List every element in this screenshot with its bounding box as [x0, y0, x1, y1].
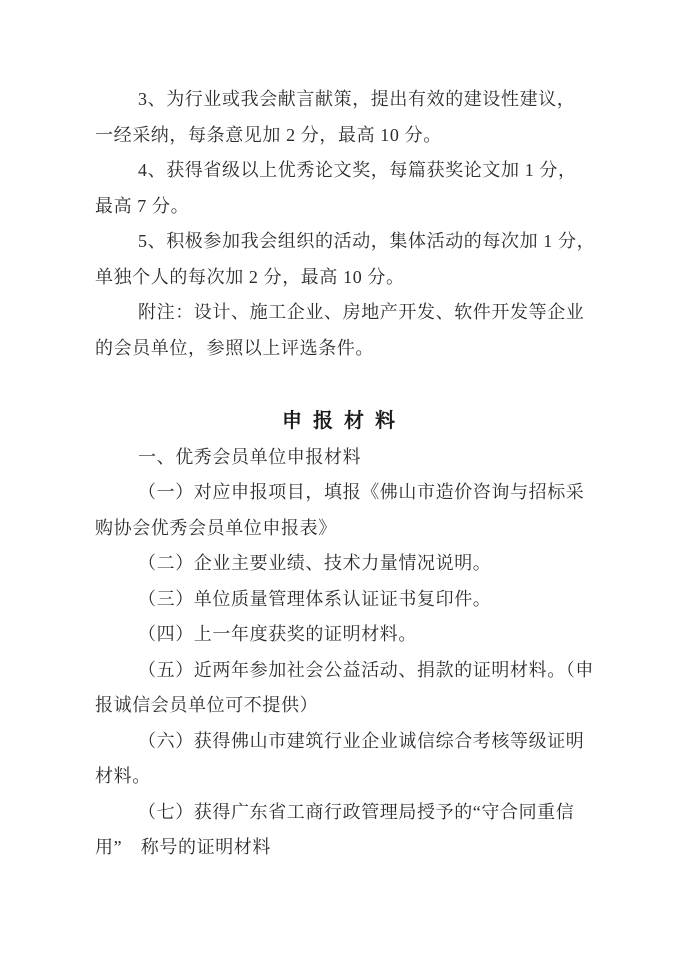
scoring-line-4-cont: 最高 7 分。 [95, 189, 585, 225]
materials-item-1: 一、优秀会员单位申报材料 [95, 440, 585, 476]
materials-item-1-5: （五）近两年参加社会公益活动、捐款的证明材料。（申 [95, 653, 585, 689]
materials-item-1-3: （三）单位质量管理体系认证证书复印件。 [95, 582, 585, 618]
scoring-note-cont: 的会员单位，参照以上评选条件。 [95, 331, 585, 367]
materials-item-1-1-cont: 购协会优秀会员单位申报表》 [95, 511, 585, 547]
materials-item-1-7: （七）获得广东省工商行政管理局授予的“守合同重信 [95, 795, 585, 831]
document-body: 3、为行业或我会献言献策，提出有效的建设性建议， 一经采纳，每条意见加 2 分，… [0, 0, 680, 866]
materials-item-1-1: （一）对应申报项目，填报《佛山市造价咨询与招标采 [95, 475, 585, 511]
materials-item-1-7-cont: 用” 称号的证明材料 [95, 830, 585, 866]
materials-item-1-6-cont: 材料。 [95, 759, 585, 795]
materials-item-1-6: （六）获得佛山市建筑行业企业诚信综合考核等级证明 [95, 724, 585, 760]
section-heading: 申 报 材 料 [95, 404, 585, 440]
materials-item-1-4: （四）上一年度获奖的证明材料。 [95, 617, 585, 653]
scoring-note: 附注：设计、施工企业、房地产开发、软件开发等企业 [95, 295, 585, 331]
materials-item-1-5-cont: 报诚信会员单位可不提供） [95, 688, 585, 724]
scoring-line-5: 5、积极参加我会组织的活动，集体活动的每次加 1 分， [95, 224, 585, 260]
scoring-line-3: 3、为行业或我会献言献策，提出有效的建设性建议， [95, 82, 585, 118]
materials-item-1-2: （二）企业主要业绩、技术力量情况说明。 [95, 546, 585, 582]
document-page: 3、为行业或我会献言献策，提出有效的建设性建议， 一经采纳，每条意见加 2 分，… [0, 0, 680, 962]
scoring-line-4: 4、获得省级以上优秀论文奖，每篇获奖论文加 1 分， [95, 153, 585, 189]
scoring-line-5-cont: 单独个人的每次加 2 分，最高 10 分。 [95, 260, 585, 296]
scoring-line-3-cont: 一经采纳，每条意见加 2 分，最高 10 分。 [95, 118, 585, 154]
